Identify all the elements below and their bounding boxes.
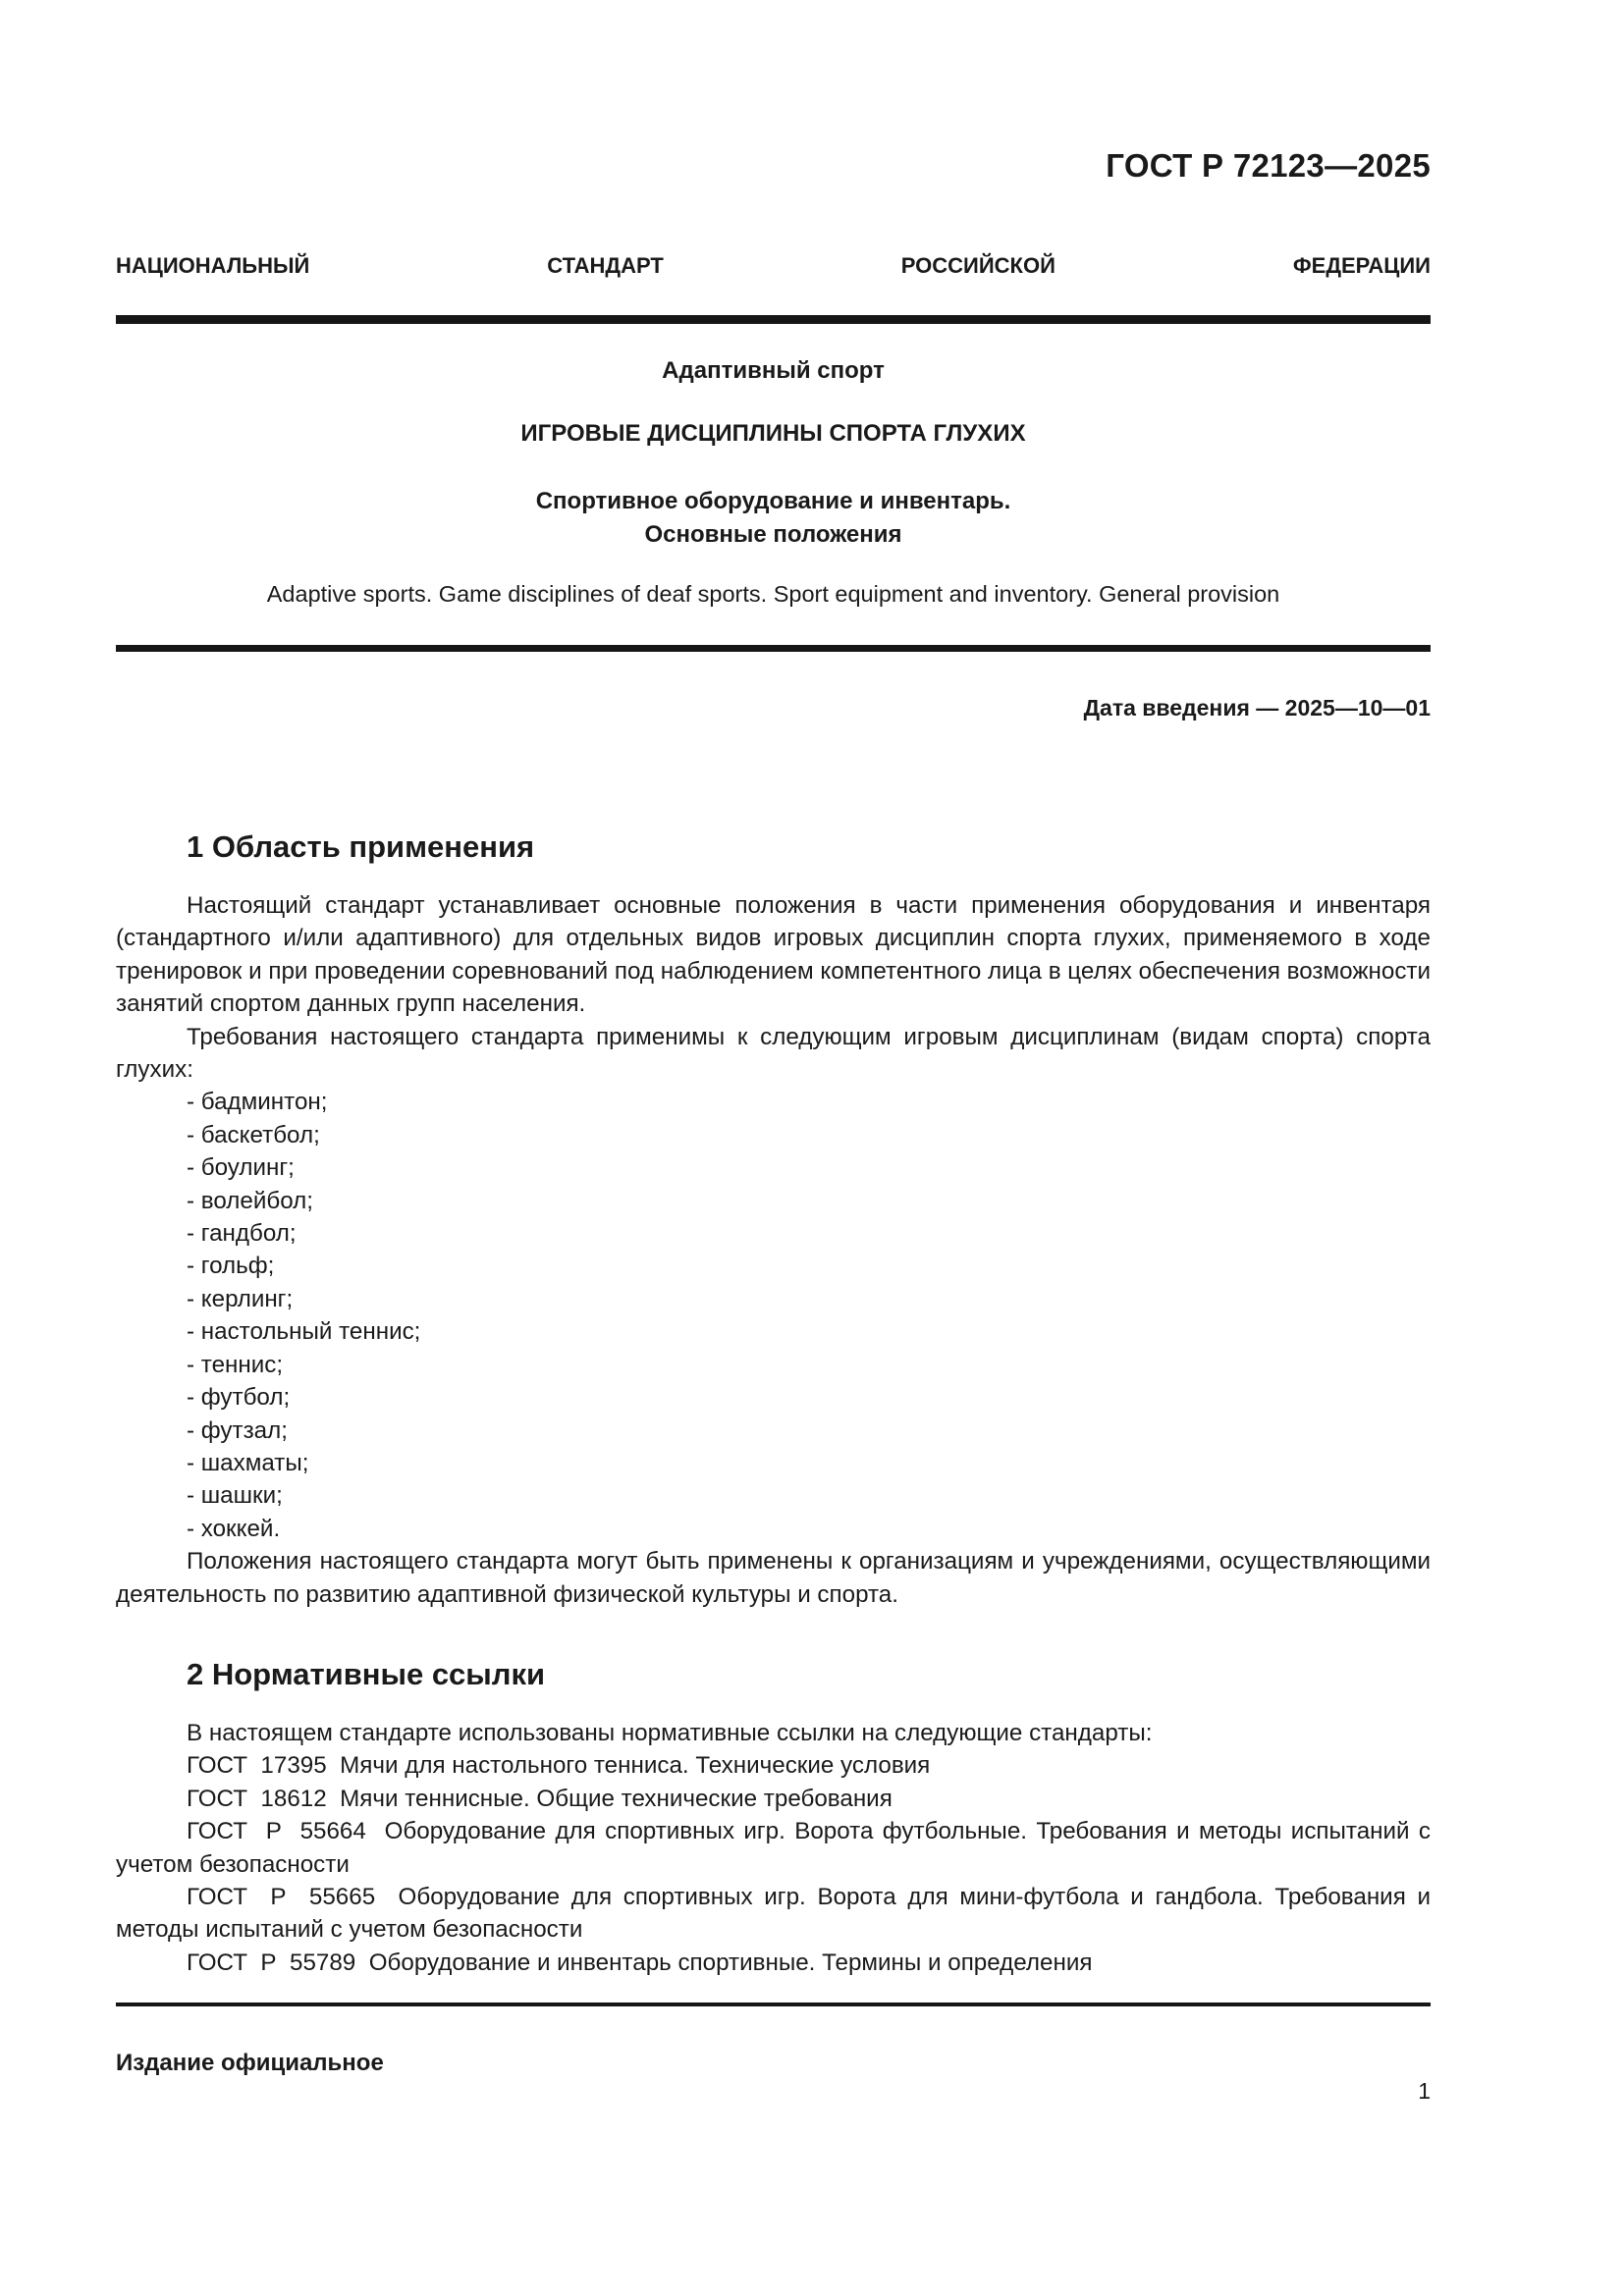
section-1-heading: 1 Область применения [187, 829, 534, 865]
subtitle-line-1: Спортивное оборудование и инвентарь. [116, 485, 1431, 518]
list-item: - боулинг; [116, 1151, 1431, 1184]
footer-divider [116, 2002, 1431, 2006]
reference-code: ГОСТ 18612 [187, 1786, 340, 1812]
list-item: - гандбол; [116, 1217, 1431, 1250]
reference-code: ГОСТ Р 55665 [187, 1884, 399, 1910]
list-item: - баскетбол; [116, 1119, 1431, 1151]
reference-code: ГОСТ 17395 [187, 1752, 340, 1779]
page-number: 1 [1418, 2078, 1431, 2105]
edition-label: Издание официальное [116, 2050, 384, 2077]
reference-item: ГОСТ 17395 Мячи для настольного тенниса.… [116, 1749, 1431, 1782]
reference-code: ГОСТ Р 55664 [187, 1818, 385, 1844]
disciplines-list: - бадминтон;- баскетбол;- боулинг;- воле… [116, 1086, 1431, 1545]
reference-item: ГОСТ 18612 Мячи теннисные. Общие техниче… [116, 1783, 1431, 1815]
header-divider [116, 315, 1431, 324]
subtitle-line-2: Основные положения [116, 518, 1431, 552]
title-subtitle: Спортивное оборудование и инвентарь. Осн… [116, 485, 1431, 552]
section-2-heading: 2 Нормативные ссылки [187, 1657, 545, 1692]
reference-item: ГОСТ Р 55665 Оборудование для спортивных… [116, 1881, 1431, 1947]
list-item: - шашки; [116, 1479, 1431, 1512]
reference-item: ГОСТ Р 55789 Оборудование и инвентарь сп… [116, 1947, 1431, 1979]
title-english: Adaptive sports. Game disciplines of dea… [116, 581, 1431, 608]
reference-code: ГОСТ Р 55789 [187, 1949, 369, 1976]
list-item: - хоккей. [116, 1513, 1431, 1545]
national-standard-banner: НАЦИОНАЛЬНЫЙ СТАНДАРТ РОССИЙСКОЙ ФЕДЕРАЦ… [116, 253, 1431, 279]
list-item: - настольный теннис; [116, 1315, 1431, 1348]
reference-title: Оборудование и инвентарь спортивные. Тер… [369, 1949, 1093, 1976]
effective-date: Дата введения — 2025—10—01 [1084, 695, 1431, 721]
list-item: - теннис; [116, 1349, 1431, 1381]
list-item: - бадминтон; [116, 1086, 1431, 1118]
list-item: - керлинг; [116, 1283, 1431, 1315]
list-item: - шахматы; [116, 1447, 1431, 1479]
paragraph: Положения настоящего стандарта могут быт… [116, 1545, 1431, 1611]
list-item: - гольф; [116, 1250, 1431, 1282]
list-item: - волейбол; [116, 1185, 1431, 1217]
list-item: - футбол; [116, 1381, 1431, 1414]
title-divider [116, 645, 1431, 652]
title-main: ИГРОВЫЕ ДИСЦИПЛИНЫ СПОРТА ГЛУХИХ [116, 420, 1431, 448]
section-2-body: В настоящем стандарте использованы норма… [116, 1717, 1431, 1979]
document-code: ГОСТ Р 72123—2025 [1106, 147, 1431, 185]
paragraph: Настоящий стандарт устанавливает основны… [116, 889, 1431, 1021]
section-1-body: Настоящий стандарт устанавливает основны… [116, 889, 1431, 1611]
paragraph: Требования настоящего стандарта применим… [116, 1021, 1431, 1087]
reference-title: Мячи теннисные. Общие технические требов… [340, 1786, 893, 1812]
references-intro: В настоящем стандарте использованы норма… [116, 1717, 1431, 1749]
title-category: Адаптивный спорт [116, 357, 1431, 385]
references-list: ГОСТ 17395 Мячи для настольного тенниса.… [116, 1749, 1431, 1979]
list-item: - футзал; [116, 1415, 1431, 1447]
reference-title: Мячи для настольного тенниса. Технически… [340, 1752, 930, 1779]
reference-item: ГОСТ Р 55664 Оборудование для спортивных… [116, 1815, 1431, 1881]
